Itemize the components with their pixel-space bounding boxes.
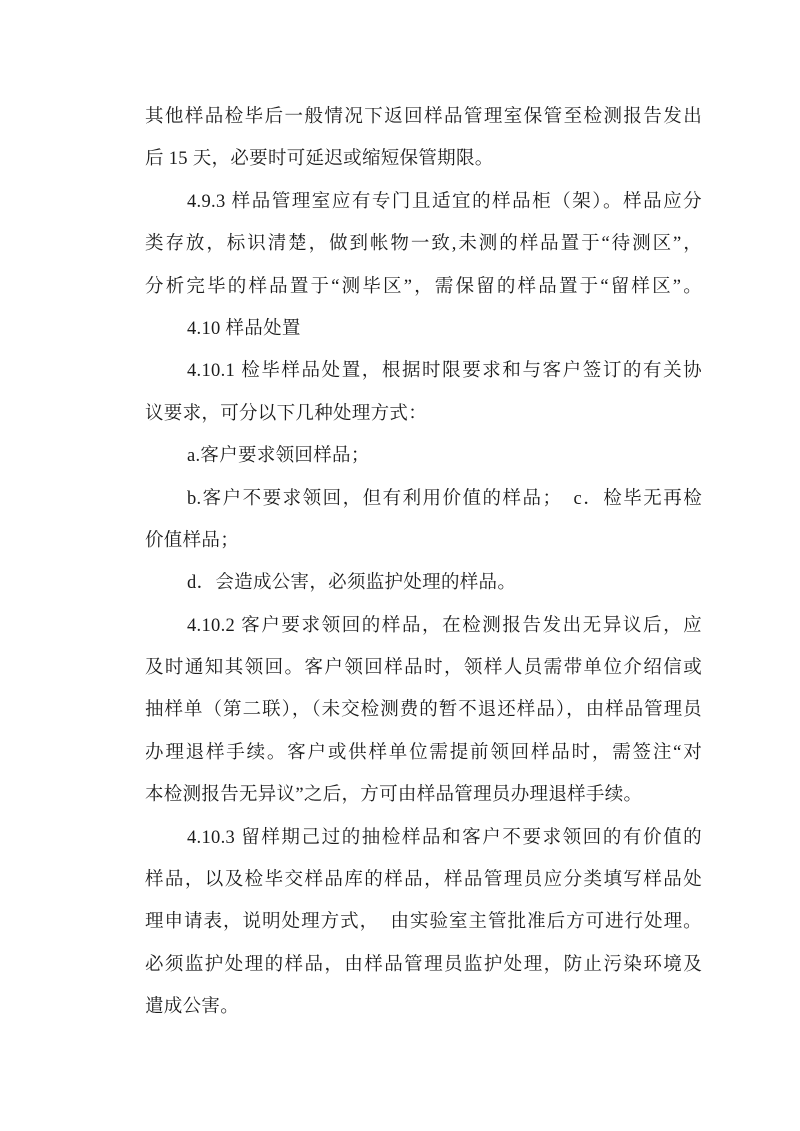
document-line: 价值样品； [145,520,702,562]
document-line: 其他样品检毕后一般情况下返回样品管理室保管至检测报告发出 [145,96,702,138]
document-line: 后 15 天，必要时可延迟或缩短保管期限。 [145,138,702,180]
document-line-heading-4-10-3: 4.10.3 留样期己过的抽检样品和客户不要求领回的有价值的 [145,817,702,859]
document-line-heading-4-10-1: 4.10.1 检毕样品处置，根据时限要求和与客户签订的有关协 [145,350,702,392]
document-page: 其他样品检毕后一般情况下返回样品管理室保管至检测报告发出 后 15 天，必要时可… [0,0,800,1131]
document-line-heading-4-9-3: 4.9.3 样品管理室应有专门且适宜的样品柜（架）。样品应分 [145,181,702,223]
document-text-block: 其他样品检毕后一般情况下返回样品管理室保管至检测报告发出 后 15 天，必要时可… [145,96,702,1029]
document-line: 类存放，标识清楚，做到帐物一致,未测的样品置于“待测区”， [145,223,702,265]
document-line: 及时通知其领回。客户领回样品时，领样人员需带单位介绍信或 [145,647,702,689]
document-line-list-item-d: d．会造成公害，必须监护处理的样品。 [145,562,702,604]
document-line: 议要求，可分以下几种处理方式： [145,393,702,435]
document-line: 必须监护处理的样品，由样品管理员监护处理，防止污染环境及 [145,944,702,986]
document-line: 办理退样手续。客户或供样单位需提前领回样品时，需签注“对 [145,732,702,774]
document-line-heading-4-10: 4.10 样品处置 [145,308,702,350]
document-line: 分析完毕的样品置于“测毕区”，需保留的样品置于“留样区”。 [145,266,702,308]
document-line: 遣成公害。 [145,986,702,1028]
document-line: 样品，以及检毕交样品库的样品，样品管理员应分类填写样品处 [145,859,702,901]
document-line-heading-4-10-2: 4.10.2 客户要求领回的样品，在检测报告发出无异议后，应 [145,605,702,647]
document-line: 抽样单（第二联），（未交检测费的暂不退还样品），由样品管理员 [145,689,702,731]
document-line: 本检测报告无异议”之后，方可由样品管理员办理退样手续。 [145,774,702,816]
document-line: 理申请表，说明处理方式， 由实验室主管批准后方可进行处理。 [145,901,702,943]
document-line-list-item-b-c: b.客户不要求领回，但有利用价值的样品； c．检毕无再检 [145,478,702,520]
document-line-list-item-a: a.客户要求领回样品； [145,435,702,477]
